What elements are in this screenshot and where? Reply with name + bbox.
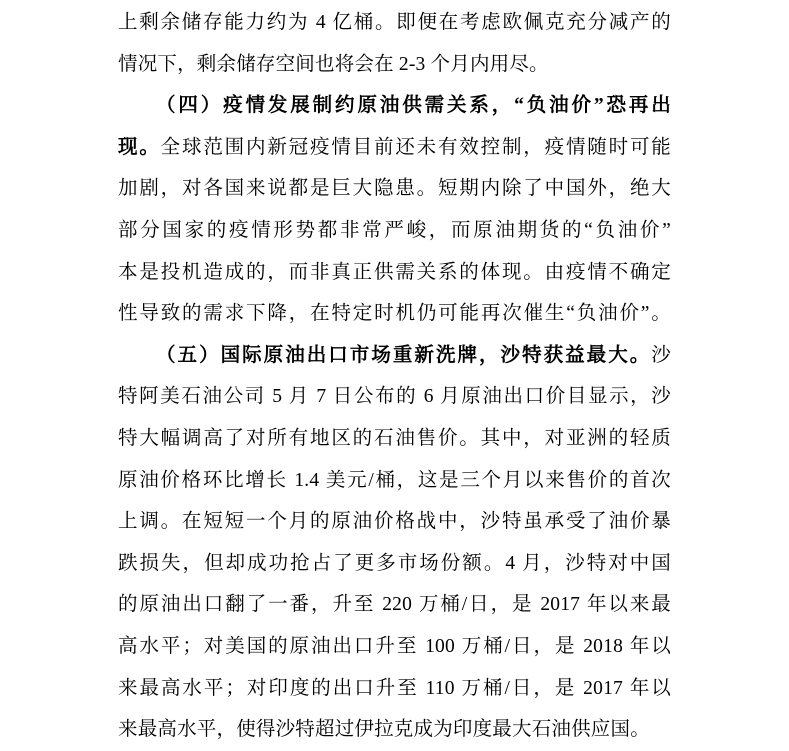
line-text: 的原油出口翻了一番，升至 220 万桶/日，是 2017 年以来最 [118, 594, 671, 615]
text-line-15: 的原油出口翻了一番，升至 220 万桶/日，是 2017 年以来最 [118, 584, 671, 626]
text-line-7: 本是投机造成的，而非真正供需关系的体现。由疫情不确定 [118, 252, 671, 294]
text-line-10: 特阿美石油公司 5 月 7 日公布的 6 月原油出口价目显示，沙 [118, 376, 671, 418]
line-text: 加剧，对各国来说都是巨大隐患。短期内除了中国外，绝大 [118, 178, 671, 199]
text-line-12: 原油价格环比增长 1.4 美元/桶，这是三个月以来售价的首次 [118, 460, 671, 502]
line-text: 原油价格环比增长 1.4 美元/桶，这是三个月以来售价的首次 [118, 470, 671, 491]
line-text: 特大幅调高了对所有地区的石油售价。其中，对亚洲的轻质 [118, 428, 671, 449]
line-text: 情况下，剩余储存空间也将会在 2-3 个月内用尽。 [118, 54, 549, 75]
line-text: 来最高水平；对印度的出口升至 110 万桶/日，是 2017 年以 [118, 678, 671, 699]
text-line-8: 性导致的需求下降，在特定时机仍可能再次催生“负油价”。 [118, 293, 671, 335]
text-line-1: 上剩余储存能力约为 4 亿桶。即便在考虑欧佩克充分减产的 [118, 2, 671, 44]
line-text: 部分国家的疫情形势都非常严峻，而原油期货的“负油价” [118, 220, 671, 241]
text-line-6: 部分国家的疫情形势都非常严峻，而原油期货的“负油价” [118, 210, 671, 252]
text-line-16: 高水平；对美国的原油出口升至 100 万桶/日，是 2018 年以 [118, 626, 671, 668]
line-text: 本是投机造成的，而非真正供需关系的体现。由疫情不确定 [118, 262, 671, 283]
text-line-17: 来最高水平；对印度的出口升至 110 万桶/日，是 2017 年以 [118, 668, 671, 710]
text-line-5: 加剧，对各国来说都是巨大隐患。短期内除了中国外，绝大 [118, 168, 671, 210]
line-text: 上剩余储存能力约为 4 亿桶。即便在考虑欧佩克充分减产的 [118, 12, 671, 33]
line-bold-segment: 现。 [118, 137, 161, 158]
text-line-3-section-4-heading: （四）疫情发展制约原油供需关系，“负油价”恐再出 [118, 85, 671, 127]
text-line-11: 特大幅调高了对所有地区的石油售价。其中，对亚洲的轻质 [118, 418, 671, 460]
line-text: 高水平；对美国的原油出口升至 100 万桶/日，是 2018 年以 [118, 636, 671, 657]
text-line-13: 上调。在短短一个月的原油价格战中，沙特虽承受了油价暴 [118, 501, 671, 543]
line-text: 全球范围内新冠疫情目前还未有效控制，疫情随时可能 [161, 137, 671, 158]
document-text: 上剩余储存能力约为 4 亿桶。即便在考虑欧佩克充分减产的 情况下，剩余储存空间也… [118, 2, 671, 751]
text-line-9-section-5-heading: （五）国际原油出口市场重新洗牌，沙特获益最大。沙 [118, 335, 671, 377]
line-text: 上调。在短短一个月的原油价格战中，沙特虽承受了油价暴 [118, 511, 671, 532]
text-line-14: 跌损失，但却成功抢占了更多市场份额。4 月，沙特对中国 [118, 543, 671, 585]
text-line-2: 情况下，剩余储存空间也将会在 2-3 个月内用尽。 [118, 44, 671, 86]
line-text: 来最高水平，使得沙特超过伊拉克成为印度最大石油供应国。 [118, 719, 650, 740]
document-page: 上剩余储存能力约为 4 亿桶。即便在考虑欧佩克充分减产的 情况下，剩余储存空间也… [0, 0, 789, 751]
section-heading-text: （四）疫情发展制约原油供需关系，“负油价”恐再出 [156, 95, 671, 116]
line-text: 跌损失，但却成功抢占了更多市场份额。4 月，沙特对中国 [118, 553, 671, 574]
line-text: 特阿美石油公司 5 月 7 日公布的 6 月原油出口价目显示，沙 [118, 386, 671, 407]
text-line-4: 现。全球范围内新冠疫情目前还未有效控制，疫情随时可能 [118, 127, 671, 169]
section-heading-text: （五）国际原油出口市场重新洗牌，沙特获益最大。 [156, 345, 651, 366]
line-text: 性导致的需求下降，在特定时机仍可能再次催生“负油价”。 [118, 303, 671, 324]
line-text: 沙 [651, 345, 671, 366]
text-line-18: 来最高水平，使得沙特超过伊拉克成为印度最大石油供应国。 [118, 709, 671, 751]
